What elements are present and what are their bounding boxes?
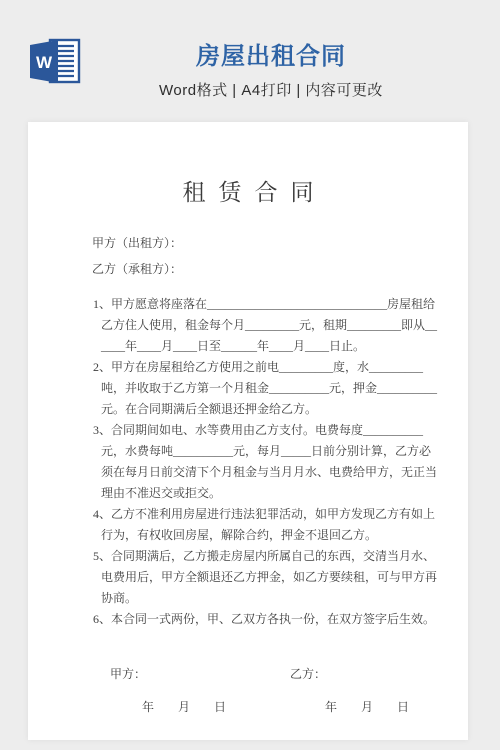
party-b-line: 乙方（承租方）：: [92, 259, 442, 280]
signature-party-a: 甲方：: [110, 664, 146, 685]
signature-party-b: 乙方：: [290, 664, 326, 685]
clause-list: 1、甲方愿意将座落在______________________________…: [93, 294, 442, 630]
clause-2: 2、甲方在房屋租给乙方使用之前电_________度，水_________吨，并…: [93, 357, 442, 420]
date-party-b: 年 月 日: [325, 697, 409, 718]
clause-1: 1、甲方愿意将座落在______________________________…: [93, 294, 442, 357]
template-header: W 房屋出租合同 Word格式 | A4打印 | 内容可更改: [0, 0, 500, 122]
contract-title: 租赁合同: [28, 174, 468, 207]
template-subtitle: Word格式 | A4打印 | 内容可更改: [42, 79, 500, 100]
clause-4: 4、乙方不准利用房屋进行违法犯罪活动，如甲方发现乙方有如上行为，有权收回房屋，解…: [93, 504, 442, 546]
header-text-block: 房屋出租合同 Word格式 | A4打印 | 内容可更改: [42, 36, 500, 100]
party-a-line: 甲方（出租方）：: [92, 233, 442, 254]
clause-6: 6、本合同一式两份，甲、乙双方各执一份，在双方签字后生效。: [93, 609, 442, 630]
contract-body: 甲方（出租方）： 乙方（承租方）： 1、甲方愿意将座落在____________…: [92, 233, 442, 718]
date-party-a: 年 月 日: [142, 697, 226, 718]
template-title: 房屋出租合同: [42, 36, 500, 71]
page: { "colors": { "background": "#ededed", "…: [0, 0, 500, 750]
date-row: 年 月 日 年 月 日: [92, 697, 442, 718]
clause-5: 5、合同期满后，乙方搬走房屋内所属自己的东西，交清当月水、电费用后，甲方全额退还…: [93, 546, 442, 609]
clause-3: 3、合同期间如电、水等费用由乙方支付。电费每度__________元，水费每吨_…: [93, 420, 442, 504]
signature-row: 甲方： 乙方：: [92, 664, 442, 685]
document-sheet: 租赁合同 甲方（出租方）： 乙方（承租方）： 1、甲方愿意将座落在_______…: [28, 122, 468, 740]
